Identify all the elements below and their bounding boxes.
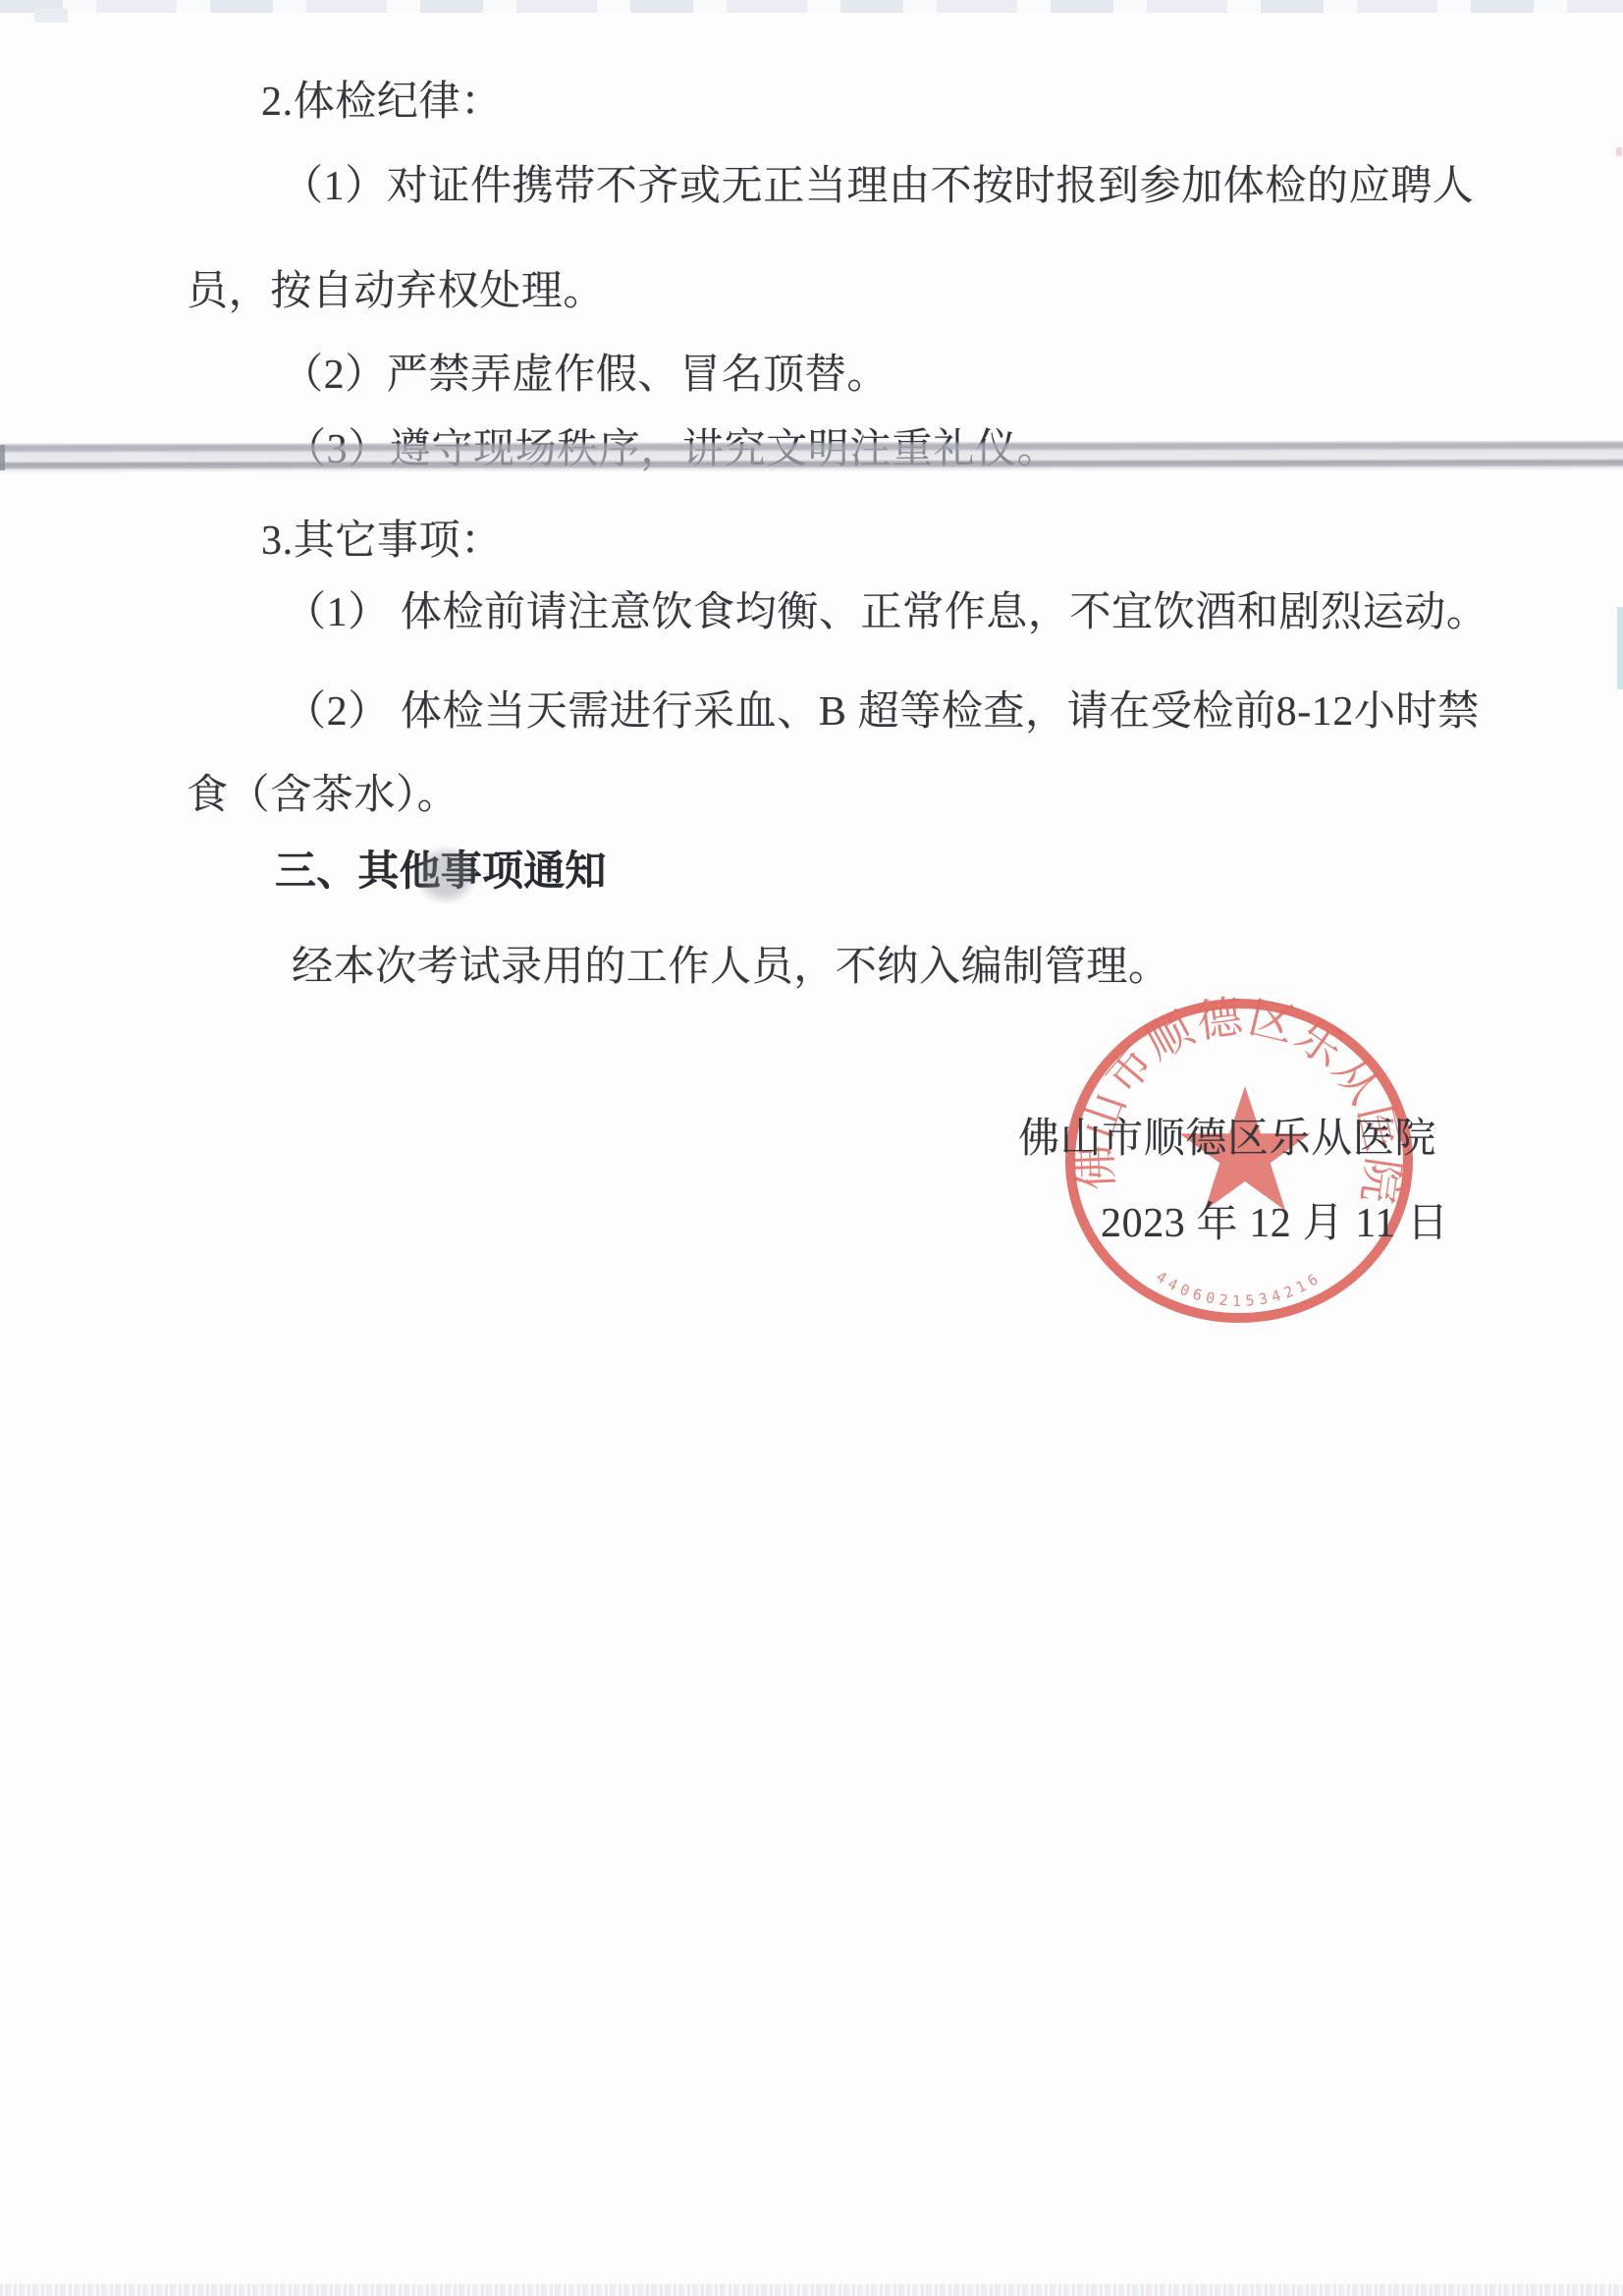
scan-artifact-gray-band [0,441,1623,473]
paragraph-line: （2）严禁弄虚作假、冒名顶替。 [282,352,889,399]
paragraph-line: 食（含茶水）。 [187,772,459,819]
signature-org-name: 佛山市顺德区乐从医院 [1018,1116,1436,1163]
scan-artifact-band-notch [0,445,5,470]
section2-heading: 2.体检纪律： [261,79,503,126]
official-seal-stamp: 佛山市顺德区乐从医院 4406021534216 [1051,987,1443,1340]
section3-heading: 3.其它事项： [261,518,503,565]
scan-artifact-top-chip [34,9,68,23]
closing-line: 经本次考试录用的工作人员，不纳入编制管理。 [292,944,1170,991]
smudge-artifact [415,847,476,903]
scan-artifact-bottom-band [0,2284,1623,2296]
scan-artifact-pink-dot [1616,147,1622,156]
paragraph-line: （2） 体检当天需进行采血、B 超等检查，请在受检前8-12小时禁 [285,688,1480,736]
paragraph-line: （1） 体检前请注意饮食均衡、正常作息，不宜饮酒和剧烈运动。 [285,589,1488,636]
scan-artifact-teal-sliver [1617,607,1623,689]
signature-date: 2023 年 12 月 11 日 [1101,1200,1449,1247]
scan-artifact-top-band [0,0,1623,13]
scanned-document-page: 2.体检纪律： （1）对证件携带不齐或无正当理由不按时报到参加体检的应聘人 员，… [0,0,1623,2296]
paragraph-line: （1）对证件携带不齐或无正当理由不按时报到参加体检的应聘人 [282,163,1474,210]
paragraph-line: 员，按自动弃权处理。 [187,268,605,315]
